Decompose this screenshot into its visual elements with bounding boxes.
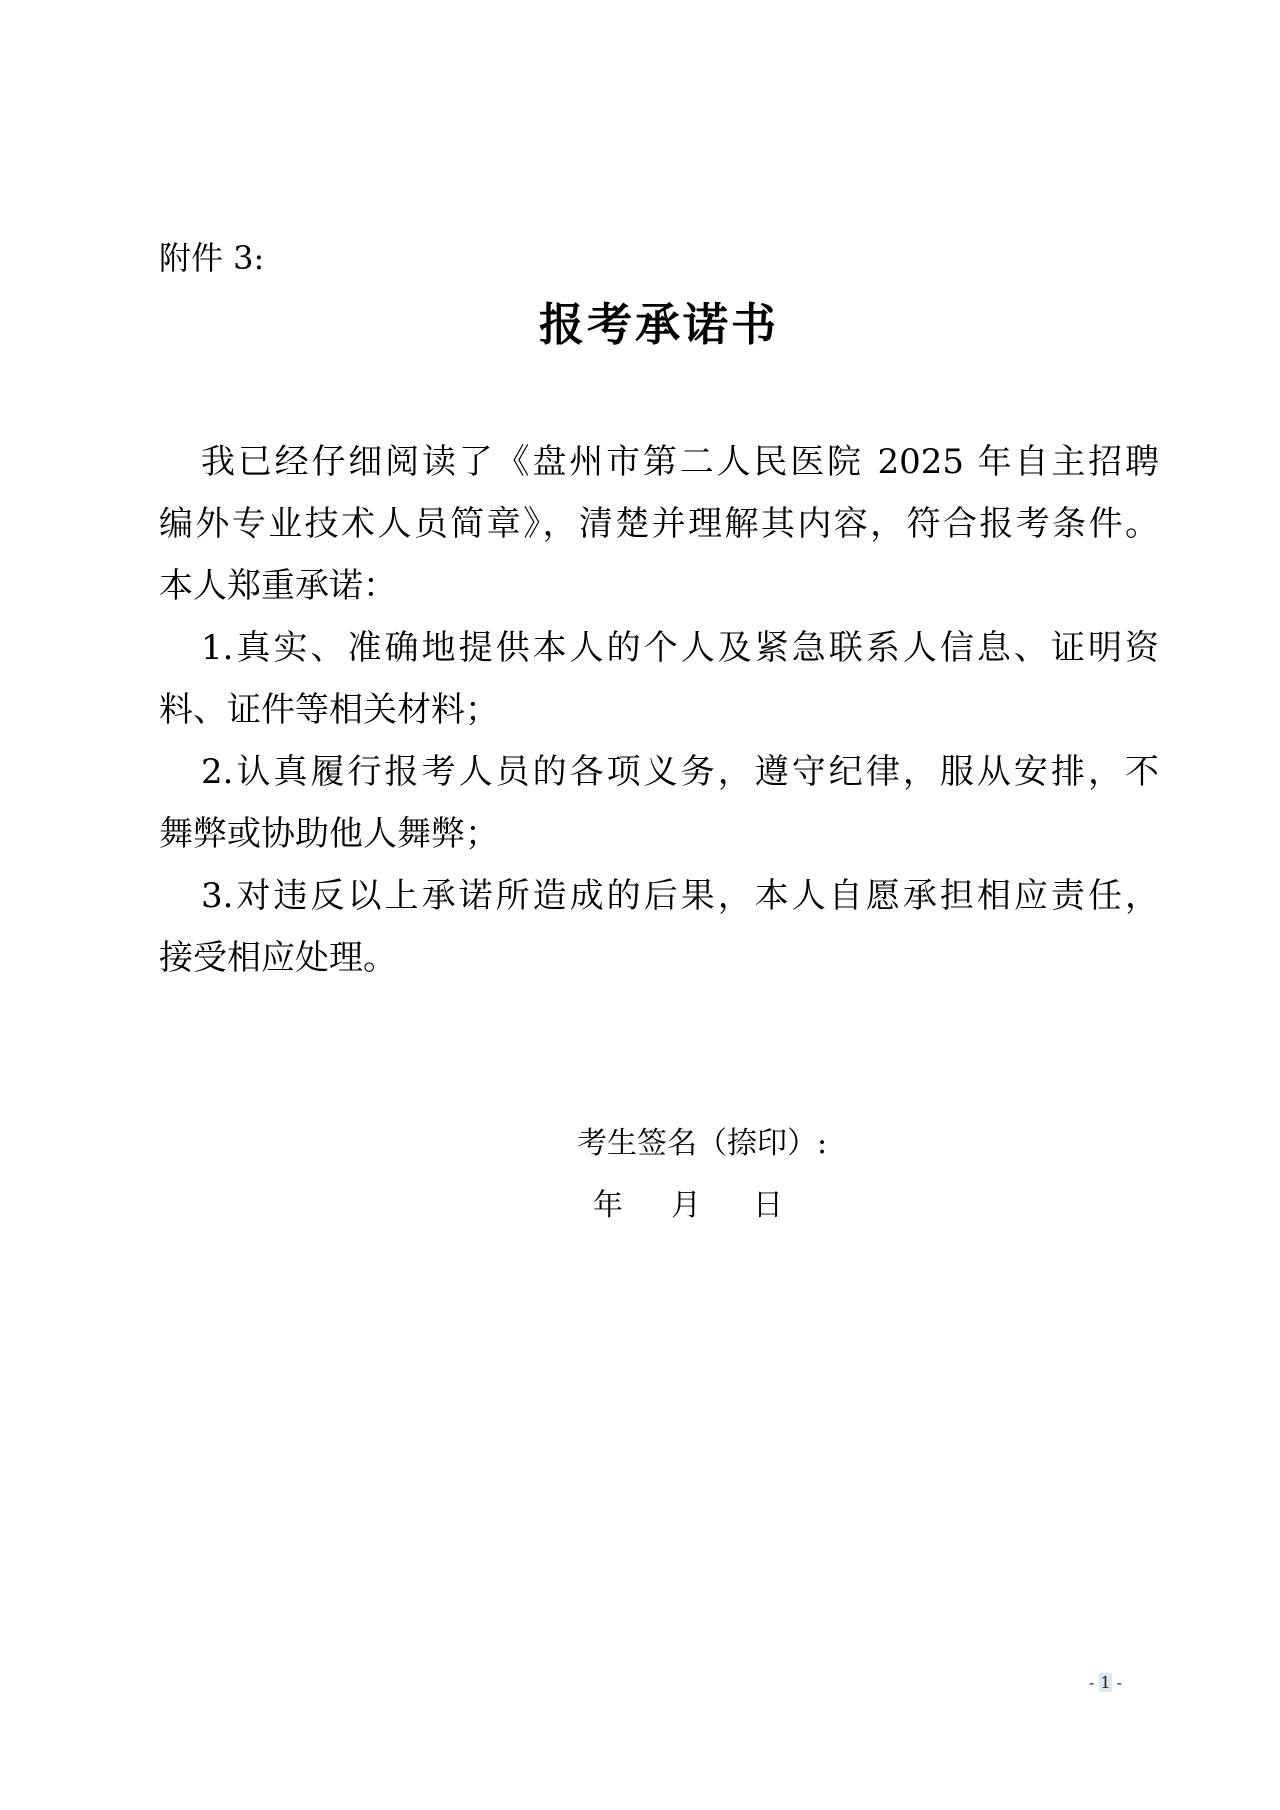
body-line: 本人郑重承诺： (159, 555, 1159, 617)
body-line: 接受相应处理。 (159, 927, 1159, 989)
date-line: 年月日 (159, 1175, 1159, 1237)
body-block: 我已经仔细阅读了《盘州市第二人民医院 2025 年自主招聘编外专业技术人员简章》… (159, 431, 1159, 989)
body-line: 我已经仔细阅读了《盘州市第二人民医院 2025 年自主招聘 (159, 431, 1159, 493)
date-day-label: 日 (753, 1188, 783, 1223)
attachment-label: 附件 3: (159, 227, 1159, 289)
body-line: 2.认真履行报考人员的各项义务，遵守纪律，服从安排，不 (159, 741, 1159, 803)
document-content: 附件 3: 报考承诺书 我已经仔细阅读了《盘州市第二人民医院 2025 年自主招… (159, 0, 1159, 1237)
page-number-suffix: - (1112, 1673, 1123, 1692)
body-line: 编外专业技术人员简章》，清楚并理解其内容，符合报考条件。 (159, 493, 1159, 555)
page-footer: - 1 - (0, 1672, 1122, 1694)
body-line: 3.对违反以上承诺所造成的后果，本人自愿承担相应责任， (159, 865, 1159, 927)
body-line: 1.真实、准确地提供本人的个人及紧急联系人信息、证明资 (159, 617, 1159, 679)
page-title: 报考承诺书 (159, 294, 1159, 356)
page-number: 1 (1099, 1673, 1111, 1692)
document-page: 附件 3: 报考承诺书 我已经仔细阅读了《盘州市第二人民医院 2025 年自主招… (0, 0, 1280, 1810)
date-month-label: 月 (671, 1188, 701, 1223)
page-number-prefix: - (1089, 1673, 1100, 1692)
body-line: 舞弊或协助他人舞弊； (159, 803, 1159, 865)
body-line: 料、证件等相关材料； (159, 679, 1159, 741)
date-year-label: 年 (593, 1188, 623, 1223)
signature-label: 考生签名（捺印）: (159, 1113, 1159, 1175)
